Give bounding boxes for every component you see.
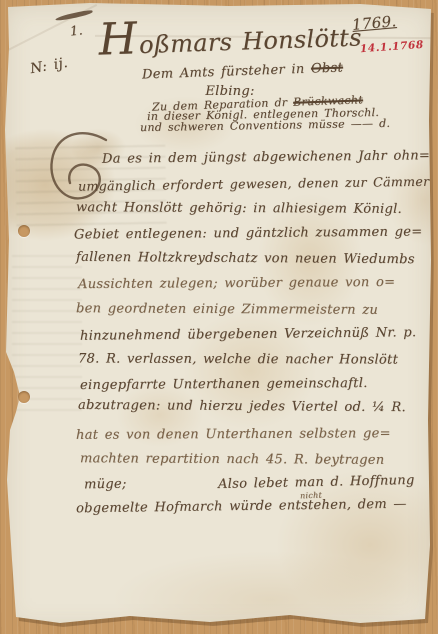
punch-hole-top [18,225,30,237]
body-line-6: Aussichten zulegen; worüber genaue von o… [78,275,395,292]
strikethrough-word: Obst [311,60,344,76]
body-line-11: abzutragen: und hierzu jedes Viertel od.… [78,398,406,415]
year-note: 1769. [351,12,397,34]
body-line-5: fallenen Holtzkreydschatz von neuen Wied… [76,250,415,267]
body-line-12: hat es von denen Unterthanen selbsten ge… [76,426,391,443]
body-line-10: eingepfarrte Unterthanen gemeinschaftl. [80,376,368,393]
title-script: Hoßmars Honslötts [94,5,366,65]
closing-word-muge: müge; [84,477,127,493]
body-line-7: ben geordneten einige Zimmermeistern zu [76,301,378,318]
body-line-9: 78. R. verlassen, welche die nacher Hons… [78,351,398,367]
body-line-3: wacht Honslött gehörig: in alhiesigem Kö… [76,200,402,217]
body-line-4: Gebiet entlegenen: und gäntzlich zusamme… [74,224,423,242]
body-line-13: machten repartition nach 45. R. beytrage… [80,451,385,468]
scanned-manuscript-photo: 1. N: ij. Hoßmars Honslötts 1769. 14.1.1… [0,0,438,634]
manuscript-paper: 1. N: ij. Hoßmars Honslötts 1769. 14.1.1… [0,0,438,634]
punch-hole-bottom [18,391,30,403]
corner-number: 1. [69,23,84,39]
initial-letter-flourish [44,126,116,210]
